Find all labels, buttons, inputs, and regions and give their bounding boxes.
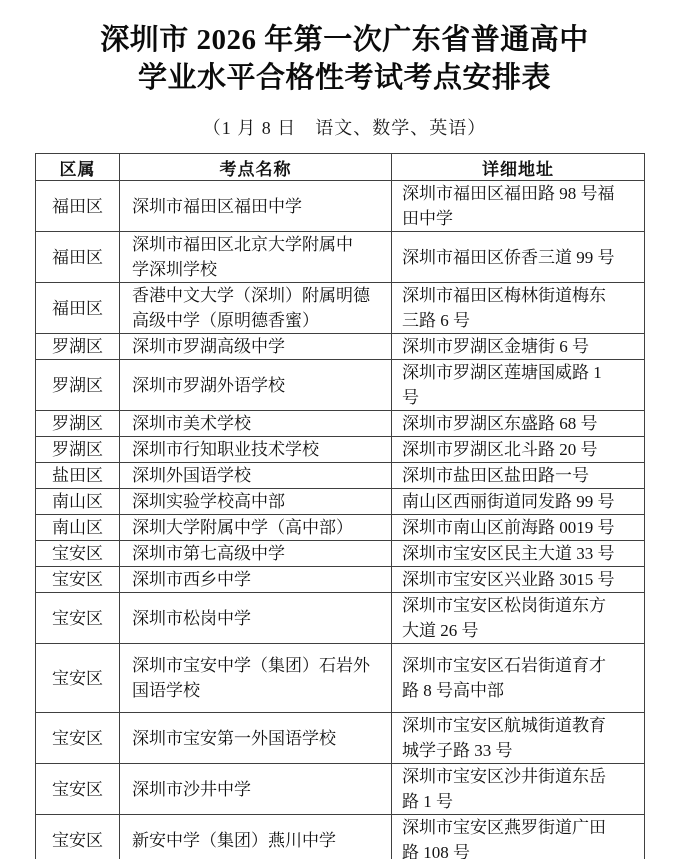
- table-row: 宝安区 新安中学（集团）燕川中学 深圳市宝安区燕罗街道广田 路 108 号: [36, 815, 645, 859]
- address-cell: 深圳市福田区福田路 98 号福 田中学: [392, 181, 645, 232]
- address-cell: 南山区西丽街道同发路 99 号: [392, 489, 645, 515]
- page-title: 深圳市 2026 年第一次广东省普通高中 学业水平合格性考试考点安排表: [0, 0, 689, 97]
- page-title-line2: 学业水平合格性考试考点安排表: [0, 59, 689, 97]
- address-cell: 深圳市罗湖区东盛路 68 号: [392, 411, 645, 437]
- district-cell: 南山区: [36, 489, 120, 515]
- address-cell: 深圳市南山区前海路 0019 号: [392, 515, 645, 541]
- address-cell: 深圳市宝安区兴业路 3015 号: [392, 567, 645, 593]
- address-cell: 深圳市福田区侨香三道 99 号: [392, 232, 645, 283]
- table-row: 罗湖区 深圳市罗湖高级中学 深圳市罗湖区金塘街 6 号: [36, 334, 645, 360]
- document-page: 深圳市 2026 年第一次广东省普通高中 学业水平合格性考试考点安排表 （1 月…: [0, 0, 689, 859]
- table-row: 罗湖区 深圳市行知职业技术学校 深圳市罗湖区北斗路 20 号: [36, 437, 645, 463]
- table-row: 福田区 深圳市福田区福田中学 深圳市福田区福田路 98 号福 田中学: [36, 181, 645, 232]
- table-row: 宝安区 深圳市第七高级中学 深圳市宝安区民主大道 33 号: [36, 541, 645, 567]
- address-cell: 深圳市宝安区民主大道 33 号: [392, 541, 645, 567]
- table-row: 罗湖区 深圳市罗湖外语学校 深圳市罗湖区莲塘国威路 1 号: [36, 360, 645, 411]
- page-subtitle: （1 月 8 日 语文、数学、英语）: [0, 114, 689, 140]
- venue-cell: 香港中文大学（深圳）附属明德 高级中学（原明德香蜜）: [120, 283, 392, 334]
- district-cell: 罗湖区: [36, 437, 120, 463]
- venue-cell: 深圳市西乡中学: [120, 567, 392, 593]
- table-row: 南山区 深圳实验学校高中部 南山区西丽街道同发路 99 号: [36, 489, 645, 515]
- venue-cell: 深圳市行知职业技术学校: [120, 437, 392, 463]
- table-row: 宝安区 深圳市宝安第一外国语学校 深圳市宝安区航城街道教育 城学子路 33 号: [36, 713, 645, 764]
- table-row: 宝安区 深圳市沙井中学 深圳市宝安区沙井街道东岳 路 1 号: [36, 764, 645, 815]
- venue-cell: 深圳市美术学校: [120, 411, 392, 437]
- venue-cell: 深圳市罗湖外语学校: [120, 360, 392, 411]
- district-cell: 宝安区: [36, 567, 120, 593]
- table-row: 罗湖区 深圳市美术学校 深圳市罗湖区东盛路 68 号: [36, 411, 645, 437]
- district-cell: 宝安区: [36, 815, 120, 859]
- table-row: 宝安区 深圳市松岗中学 深圳市宝安区松岗街道东方 大道 26 号: [36, 593, 645, 644]
- district-cell: 罗湖区: [36, 334, 120, 360]
- address-cell: 深圳市罗湖区金塘街 6 号: [392, 334, 645, 360]
- district-cell: 盐田区: [36, 463, 120, 489]
- venue-cell: 深圳市宝安中学（集团）石岩外 国语学校: [120, 644, 392, 713]
- table-row: 宝安区 深圳市宝安中学（集团）石岩外 国语学校 深圳市宝安区石岩街道育才 路 8…: [36, 644, 645, 713]
- venue-cell: 深圳市沙井中学: [120, 764, 392, 815]
- table-row: 福田区 深圳市福田区北京大学附属中 学深圳学校 深圳市福田区侨香三道 99 号: [36, 232, 645, 283]
- address-cell: 深圳市宝安区航城街道教育 城学子路 33 号: [392, 713, 645, 764]
- page-title-line1: 深圳市 2026 年第一次广东省普通高中: [0, 21, 689, 59]
- district-cell: 南山区: [36, 515, 120, 541]
- venue-cell: 深圳市第七高级中学: [120, 541, 392, 567]
- district-cell: 宝安区: [36, 644, 120, 713]
- district-cell: 宝安区: [36, 541, 120, 567]
- table-header-row: 区属 考点名称 详细地址: [36, 154, 645, 181]
- district-cell: 宝安区: [36, 713, 120, 764]
- exam-venue-table: 区属 考点名称 详细地址 福田区 深圳市福田区福田中学 深圳市福田区福田路 98…: [35, 153, 645, 859]
- venue-cell: 深圳外国语学校: [120, 463, 392, 489]
- address-cell: 深圳市宝安区沙井街道东岳 路 1 号: [392, 764, 645, 815]
- table-row: 宝安区 深圳市西乡中学 深圳市宝安区兴业路 3015 号: [36, 567, 645, 593]
- table-row: 福田区 香港中文大学（深圳）附属明德 高级中学（原明德香蜜） 深圳市福田区梅林街…: [36, 283, 645, 334]
- venue-cell: 深圳市罗湖高级中学: [120, 334, 392, 360]
- venue-cell: 深圳实验学校高中部: [120, 489, 392, 515]
- district-cell: 福田区: [36, 181, 120, 232]
- district-cell: 罗湖区: [36, 411, 120, 437]
- district-cell: 宝安区: [36, 593, 120, 644]
- district-cell: 福田区: [36, 232, 120, 283]
- table-row: 南山区 深圳大学附属中学（高中部） 深圳市南山区前海路 0019 号: [36, 515, 645, 541]
- district-cell: 宝安区: [36, 764, 120, 815]
- district-cell: 福田区: [36, 283, 120, 334]
- venue-cell: 深圳市松岗中学: [120, 593, 392, 644]
- venue-cell: 深圳大学附属中学（高中部）: [120, 515, 392, 541]
- address-cell: 深圳市宝安区石岩街道育才 路 8 号高中部: [392, 644, 645, 713]
- header-venue-name: 考点名称: [120, 154, 392, 181]
- address-cell: 深圳市宝安区燕罗街道广田 路 108 号: [392, 815, 645, 859]
- address-cell: 深圳市盐田区盐田路一号: [392, 463, 645, 489]
- venue-cell: 深圳市福田区福田中学: [120, 181, 392, 232]
- venue-cell: 深圳市宝安第一外国语学校: [120, 713, 392, 764]
- venue-cell: 新安中学（集团）燕川中学: [120, 815, 392, 859]
- address-cell: 深圳市福田区梅林街道梅东 三路 6 号: [392, 283, 645, 334]
- venue-cell: 深圳市福田区北京大学附属中 学深圳学校: [120, 232, 392, 283]
- header-address: 详细地址: [392, 154, 645, 181]
- address-cell: 深圳市罗湖区北斗路 20 号: [392, 437, 645, 463]
- district-cell: 罗湖区: [36, 360, 120, 411]
- header-district: 区属: [36, 154, 120, 181]
- table-row: 盐田区 深圳外国语学校 深圳市盐田区盐田路一号: [36, 463, 645, 489]
- address-cell: 深圳市罗湖区莲塘国威路 1 号: [392, 360, 645, 411]
- address-cell: 深圳市宝安区松岗街道东方 大道 26 号: [392, 593, 645, 644]
